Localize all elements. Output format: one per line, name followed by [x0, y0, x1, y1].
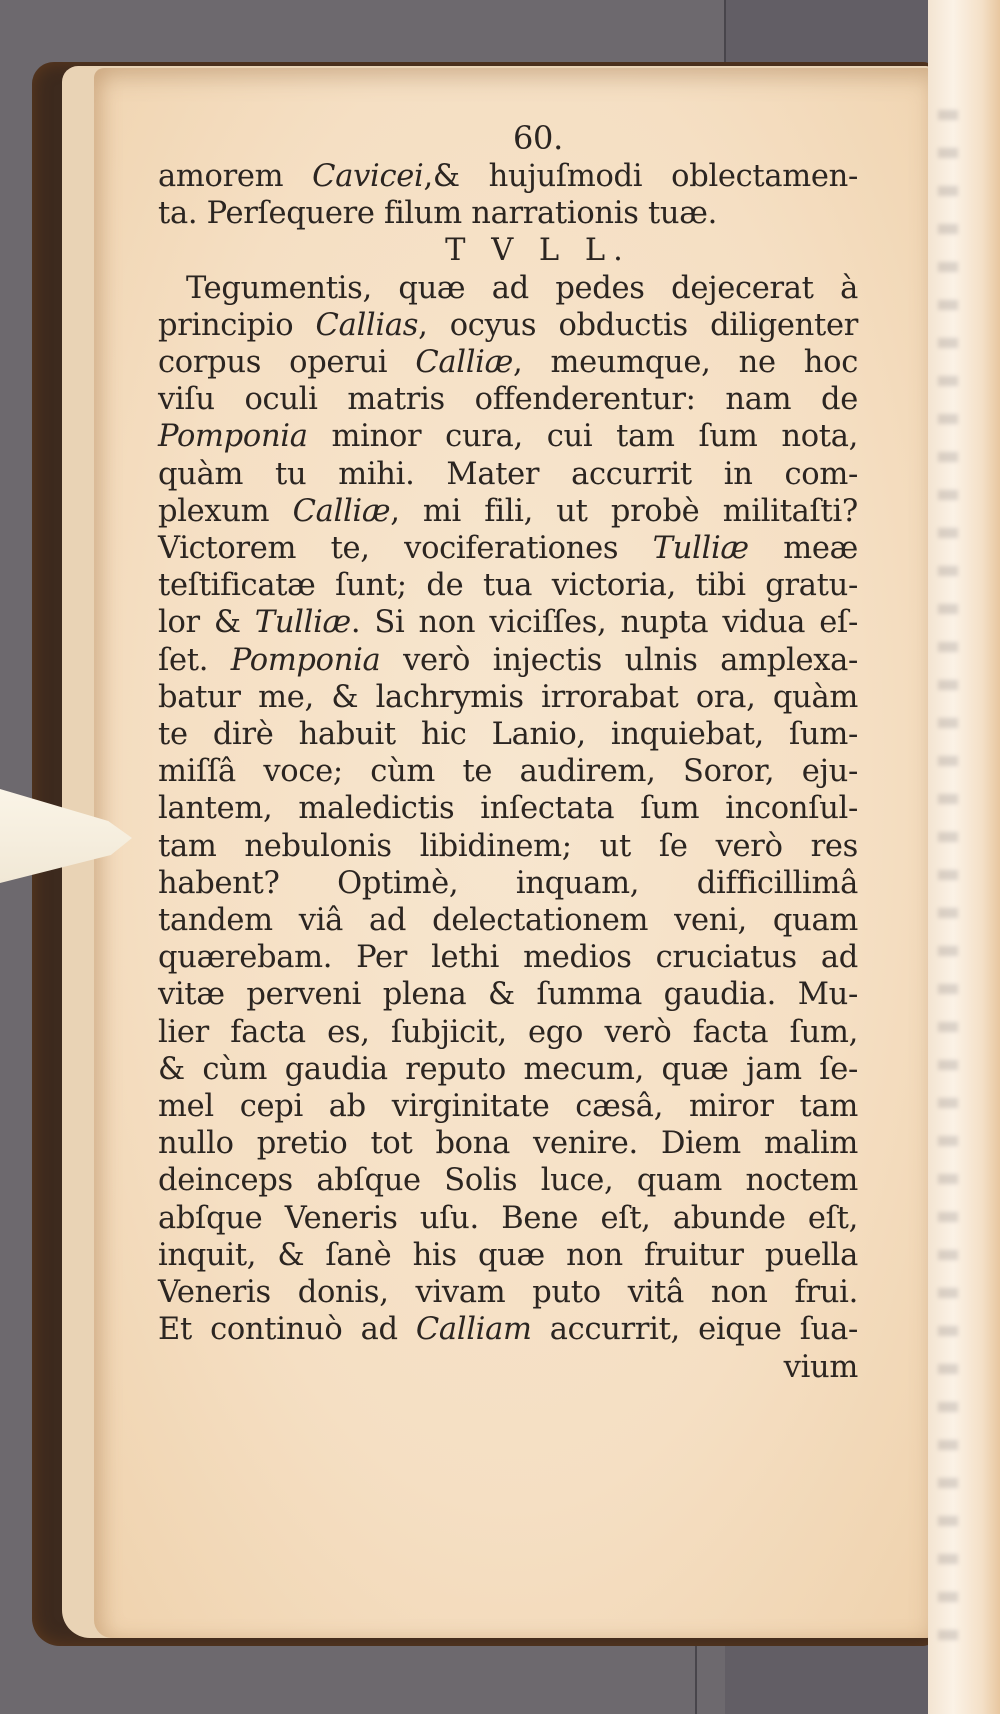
text-line: Et continuò ad Calliam accurrit, eique ſ… [158, 1311, 858, 1348]
text-line: lantem, maledictis inſectata ſum inconſu… [158, 790, 858, 827]
text-line: ta. Perſequere filum narrationis tuæ. [158, 195, 858, 232]
text-line: & cùm gaudia reputo mecum, quæ jam ſe- [158, 1051, 858, 1088]
speaker-heading: T V L L. [218, 232, 858, 269]
page-text: 60. amorem Cavicei,& hujuſmodi oblectame… [158, 118, 858, 1386]
text-line: lier facta es, ſubjicit, ego verò facta … [158, 1014, 858, 1051]
text-line: deinceps abſque Solis luce, quam noctem [158, 1162, 858, 1199]
text-line: tam nebulonis libidinem; ut ſe verò res [158, 828, 858, 865]
text-line: inquit, & ſanè his quæ non fruitur puell… [158, 1237, 858, 1274]
text-line: abſque Veneris uſu. Bene eſt, abunde eſt… [158, 1200, 858, 1237]
page-number: 60. [218, 118, 858, 158]
text-line: nullo pretio tot bona venire. Diem malim [158, 1125, 858, 1162]
text-line: vitæ perveni plena & ſumma gaudia. Mu- [158, 976, 858, 1013]
text-line: plexum Calliæ, mi fili, ut probè militaſ… [158, 493, 858, 530]
text-line: miſſâ voce; cùm te audirem, Soror, eju- [158, 753, 858, 790]
text-line: Tegumentis, quæ ad pedes dejecerat à [158, 270, 858, 307]
text-line: te dirè habuit hic Lanio, inquiebat, ſum… [158, 716, 858, 753]
text-line: tandem viâ ad delectationem veni, quam [158, 902, 858, 939]
text-line: viſu oculi matris offenderentur: nam de [158, 381, 858, 418]
text-line: principio Callias, ocyus obductis dilige… [158, 307, 858, 344]
facing-page-text-shadow [938, 110, 958, 1650]
text-line: quærebam. Per lethi medios cruciatus ad [158, 939, 858, 976]
text-line: quàm tu mihi. Mater accurrit in com- [158, 456, 858, 493]
background-seam [724, 0, 726, 70]
text-line: amorem Cavicei,& hujuſmodi oblectamen- [158, 158, 858, 195]
background-seam [695, 1640, 697, 1714]
catchword: vium [158, 1349, 858, 1386]
text-line: Veneris donis, vivam puto vitâ non frui. [158, 1274, 858, 1311]
text-line: teſtificatæ ſunt; de tua victoria, tibi … [158, 567, 858, 604]
text-line: lor & Tulliæ. Si non viciſſes, nupta vid… [158, 604, 858, 641]
text-line: Victorem te, vociferationes Tulliæ meæ [158, 530, 858, 567]
text-line: corpus operui Calliæ, meumque, ne hoc [158, 344, 858, 381]
text-line: habent? Optimè, inquam, difficillimâ [158, 865, 858, 902]
text-line: mel cepi ab virginitate cæsâ, miror tam [158, 1088, 858, 1125]
text-line: Pomponia minor cura, cui tam ſum nota, [158, 418, 858, 455]
text-line: ſet. Pomponia verò injectis ulnis amplex… [158, 642, 858, 679]
text-line: batur me, & lachrymis irrorabat ora, quà… [158, 679, 858, 716]
